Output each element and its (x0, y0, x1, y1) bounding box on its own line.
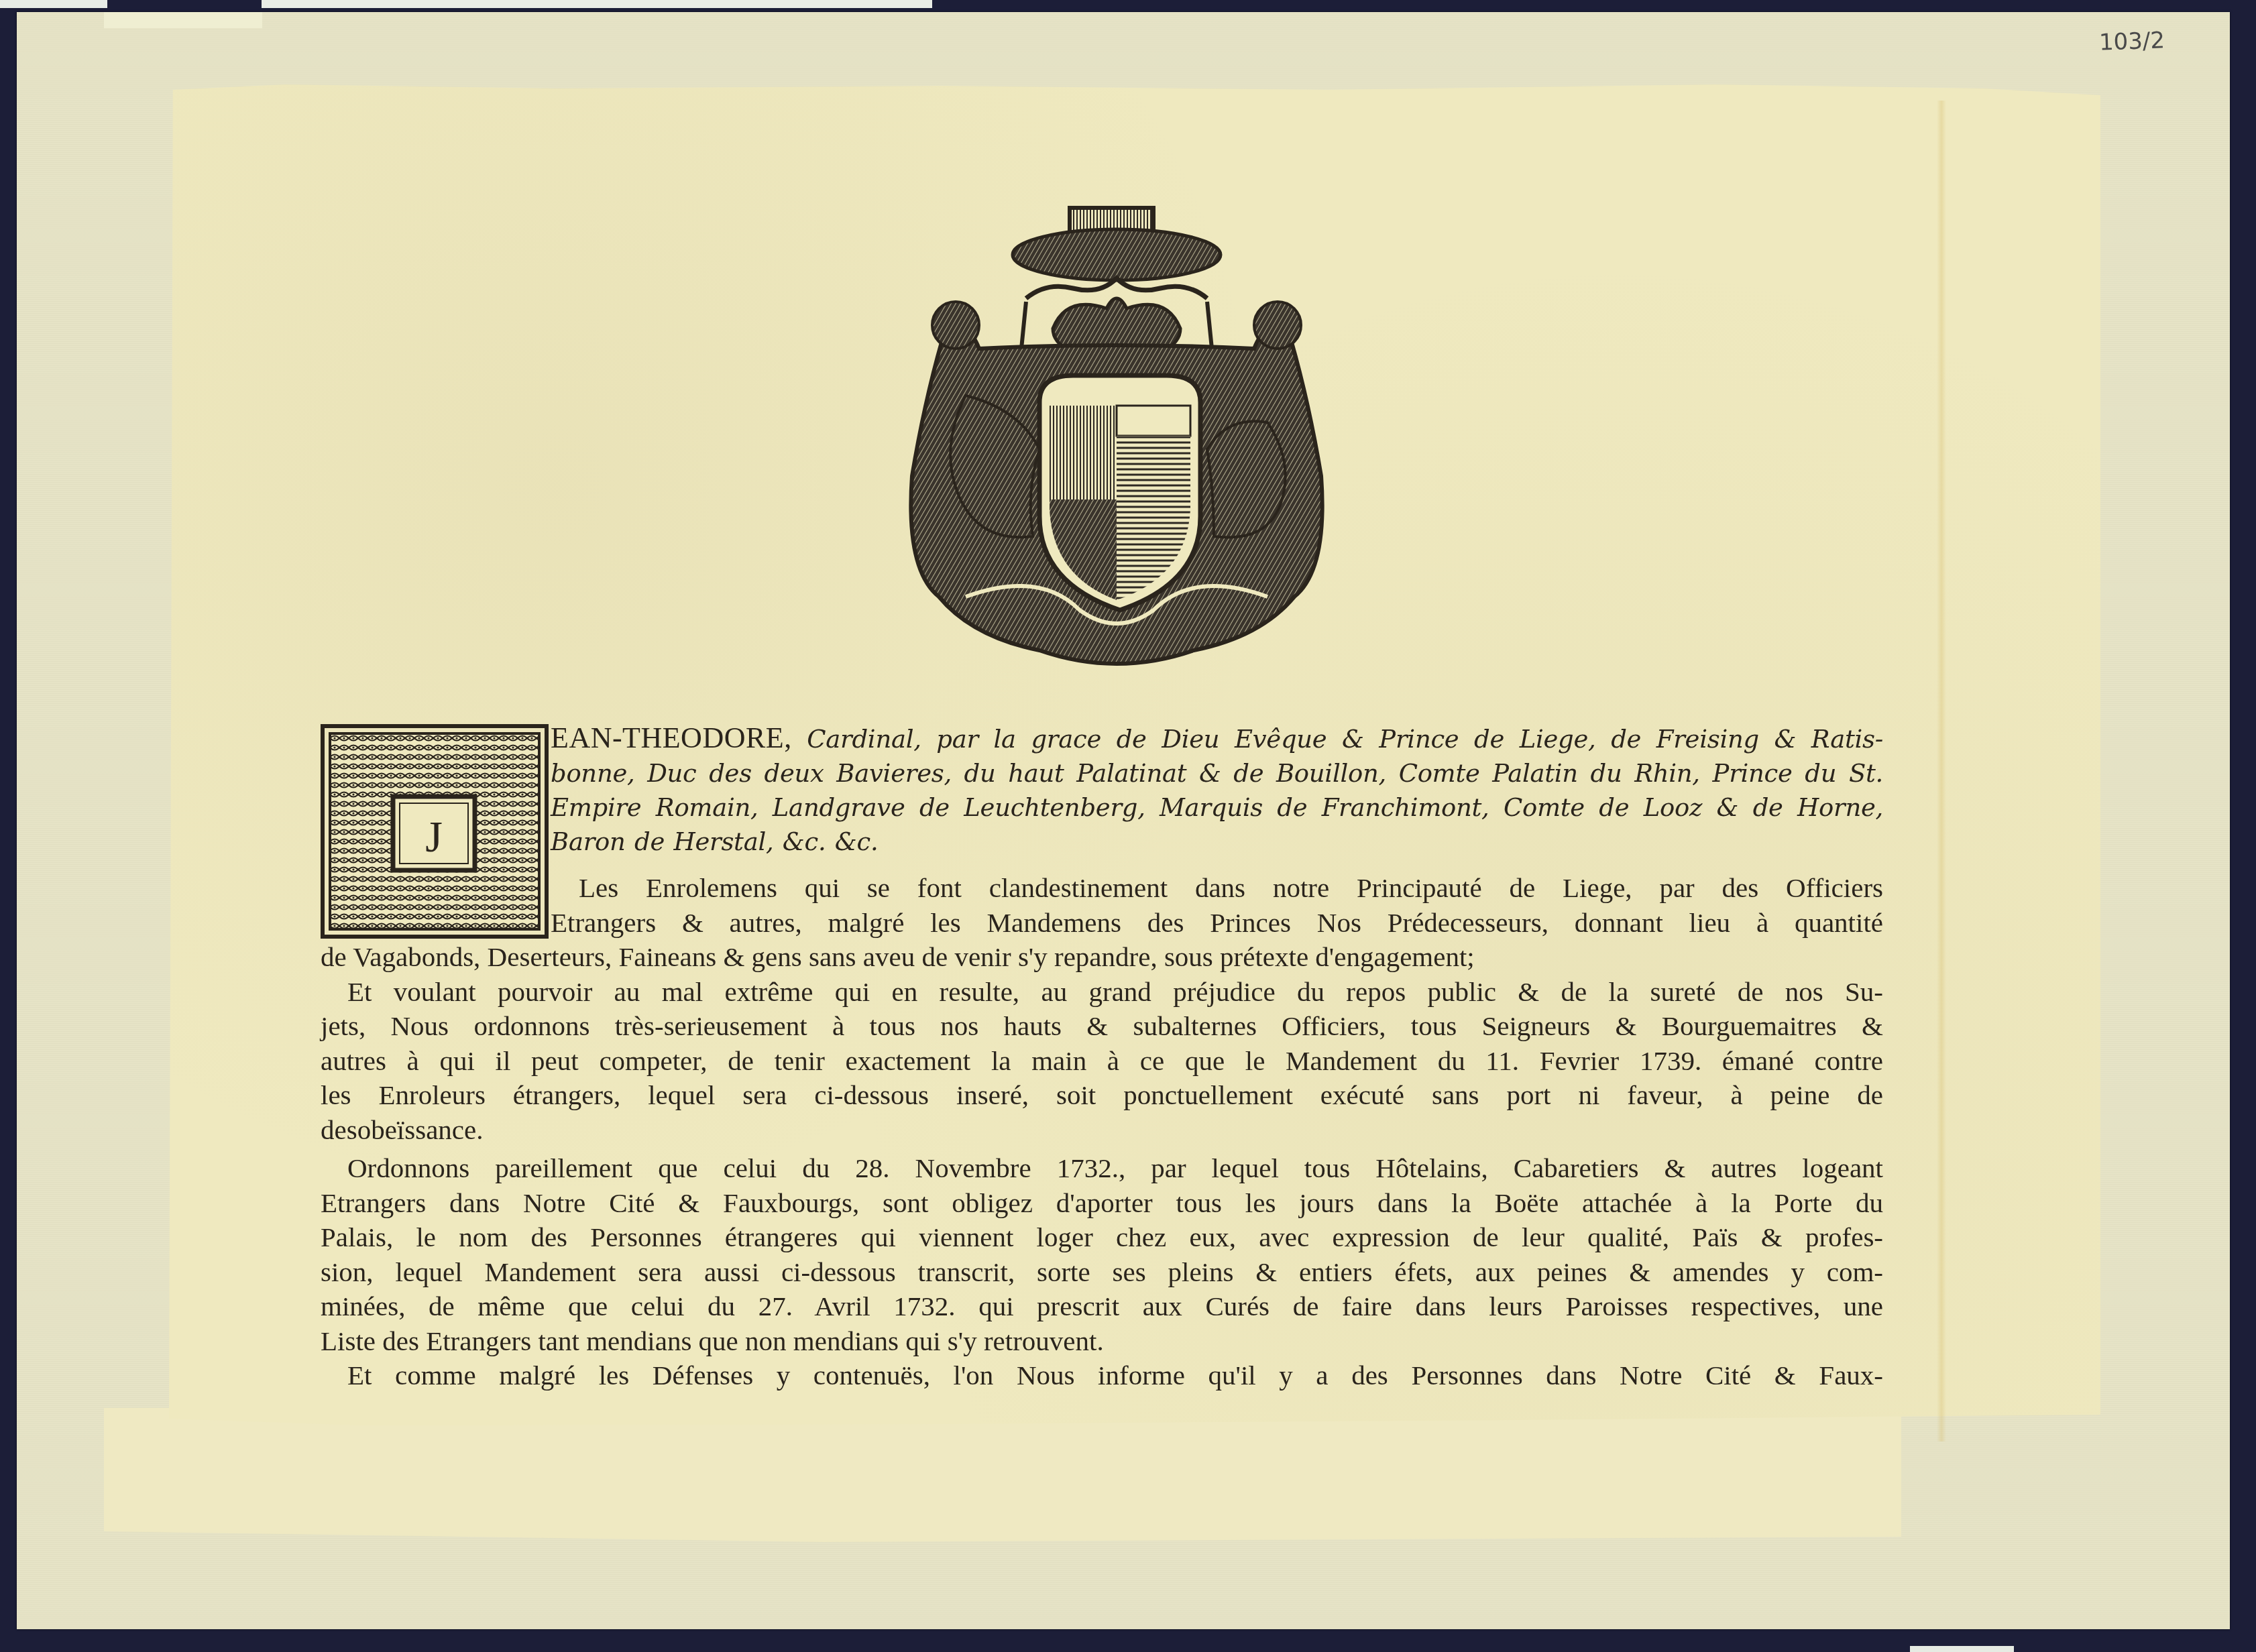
title-line-3: Empire Romain, Landgrave de Leuchtenberg… (551, 790, 1883, 825)
paragraph-3-line: Ordonnons pareillement que celui du 28. … (321, 1151, 1883, 1186)
title-line-4: Baron de Herstal, &c. &c. (551, 825, 1883, 859)
paragraph-2-line: desobeïssance. (321, 1113, 1883, 1148)
paragraph-3-line: sion, lequel Mandement sera aussi ci-des… (321, 1255, 1883, 1290)
printed-sheet-lower-flap (104, 1408, 1901, 1542)
scanner-label-strip (1910, 1646, 2014, 1652)
title-line-1: EAN-THEODORE, Cardinal, par la grace de … (551, 721, 1883, 756)
paragraph-3-line: Palais, le nom des Personnes étrangeres … (321, 1220, 1883, 1255)
fold-crease (1937, 101, 1946, 1441)
mounting-tab (104, 12, 262, 28)
paragraph-2-line: jets, Nous ordonnons très-serieusement à… (321, 1009, 1883, 1044)
document-text: J EAN-THEODORE, Cardinal, par la grace d… (321, 721, 1883, 1393)
archive-number: 103/2 (2098, 27, 2165, 56)
paragraph-2-line: les Enroleurs étrangers, lequel sera ci-… (321, 1078, 1883, 1113)
coat-of-arms-icon (865, 194, 1368, 684)
paragraph-3-line: Etrangers dans Notre Cité & Fauxbourgs, … (321, 1186, 1883, 1221)
document-body: Les Enrolemens qui se font clandestineme… (321, 871, 1883, 1393)
title-line-2: bonne, Duc des deux Bavieres, du haut Pa… (551, 756, 1883, 790)
paragraph-1-line: Etrangers & autres, malgré les Mandemens… (551, 906, 1883, 941)
initial-letter: J (425, 813, 443, 862)
paragraph-1-line: Les Enrolemens qui se font clandestineme… (551, 871, 1883, 906)
paragraph-3-line: minées, de même que celui du 27. Avril 1… (321, 1289, 1883, 1324)
title-heading: EAN-THEODORE, Cardinal, par la grace de … (551, 721, 1883, 859)
paragraph-2-line: Et voulant pourvoir au mal extrême qui e… (321, 975, 1883, 1010)
paragraph-1-line: de Vagabonds, Deserteurs, Faineans & gen… (321, 940, 1883, 975)
decorated-initial-icon: J (321, 724, 549, 939)
paragraph-3-line: Liste des Etrangers tant mendians que no… (321, 1324, 1883, 1359)
scan-stage: 103/2 (0, 0, 2256, 1652)
scanner-label-strip (0, 0, 107, 8)
scanner-label-strip (262, 0, 932, 8)
title-name: EAN-THEODORE, (551, 721, 792, 754)
paragraph-2-line: autres à qui il peut competer, de tenir … (321, 1044, 1883, 1079)
paragraph-4-line: Et comme malgré les Défenses y contenuës… (321, 1358, 1883, 1393)
